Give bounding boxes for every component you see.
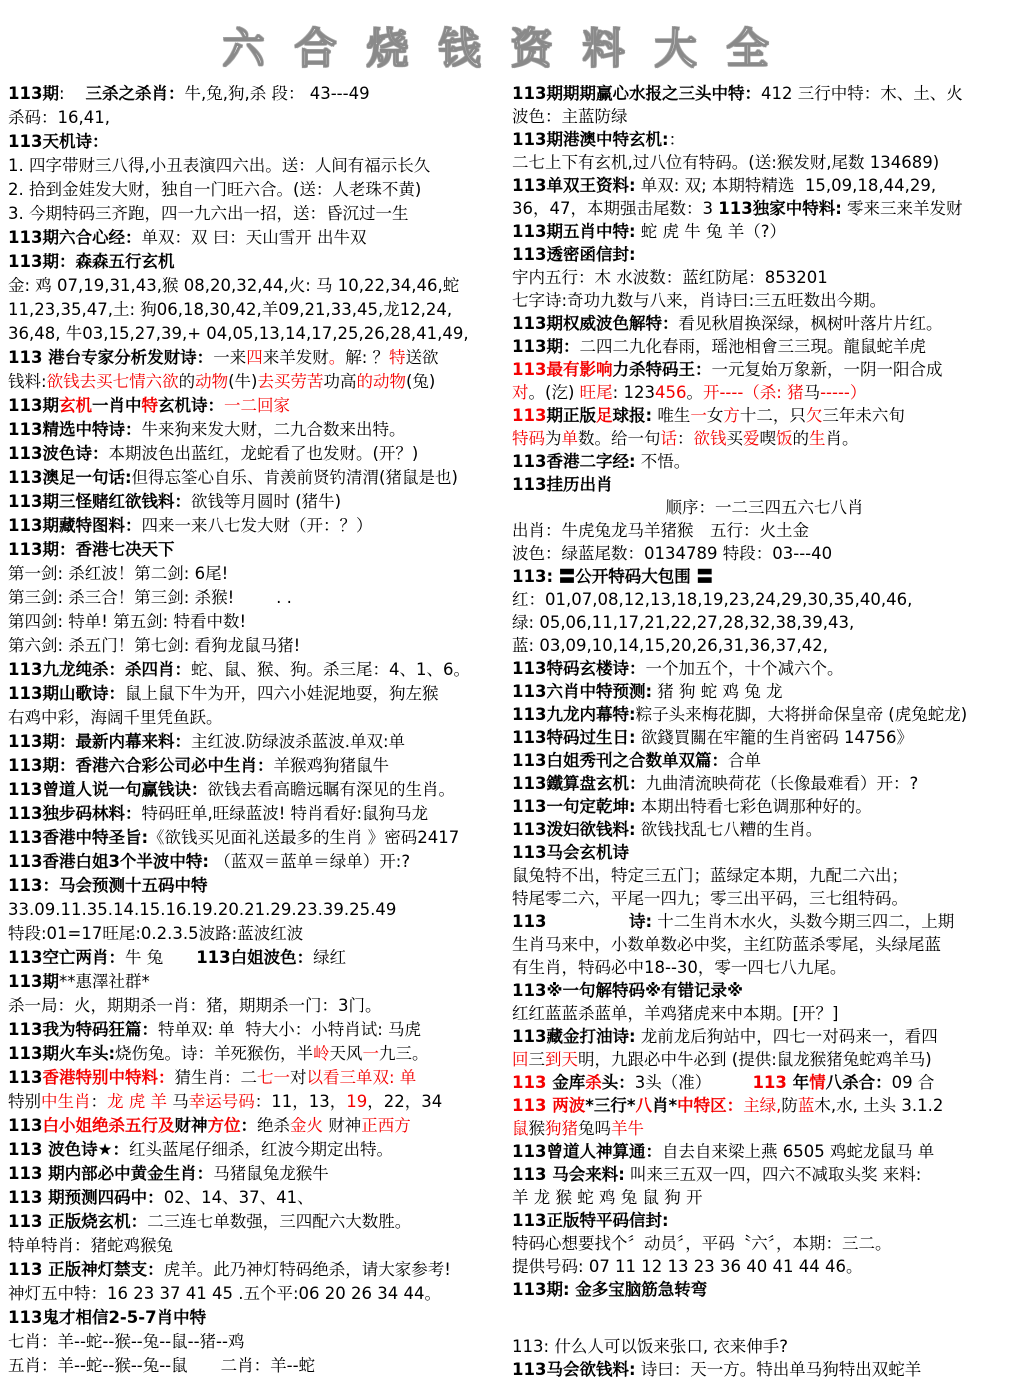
text-span: 生肖马来中，小数单数必中奖，主红防蓝杀零尾，头绿尾蓝	[512, 935, 941, 954]
text-span: 为	[545, 429, 562, 448]
text-span: 防	[781, 1096, 798, 1115]
text-line: 113 正版神灯禁支：虎羊。此乃神灯特码绝杀，请大家参考!	[8, 1258, 508, 1282]
text-line: 113透密函信封:	[512, 243, 1017, 266]
text-span: 头：	[602, 1073, 635, 1092]
text-span: 四	[246, 348, 263, 367]
text-line: 113期六合心经：单双：双 曰：天山雪开 出牛双	[8, 226, 508, 250]
text-line: 神灯五中特：16 23 37 41 45 .五个平:06 20 26 34 44…	[8, 1282, 508, 1306]
text-span: 话	[661, 429, 678, 448]
text-span: 113单双王资料:	[512, 176, 636, 195]
text-span: 113期港澳中特玄机:	[512, 130, 669, 149]
text-span: 女	[707, 406, 724, 425]
text-span: 期正版	[546, 406, 596, 425]
text-span: 方位	[207, 1116, 240, 1135]
text-line: 蓝: 03,09,10,14,15,20,26,31,36,37,42,	[512, 634, 1017, 657]
text-span: 神灯五中特：16 23 37 41 45 .五个平:06 20 26 34 44…	[8, 1284, 441, 1303]
text-span: 《欲钱买见面礼送最多的生肖 》密码2417	[148, 828, 459, 847]
text-span: 单	[562, 429, 579, 448]
text-span: 解: ？	[345, 348, 389, 367]
text-span: 113空亡两肖：	[8, 948, 125, 967]
text-span: 猜生肖：二	[174, 1068, 257, 1087]
text-line: 113白小姐绝杀五行及财神方位：绝杀金火 财神正西方	[8, 1114, 508, 1138]
text-span: 数。给一句	[578, 429, 661, 448]
text-span: 十二生肖木水火，头数今期三四二，上期	[652, 912, 954, 931]
text-span: 33.09.11.35.14.15.16.19.20.21.29.23.39.2…	[8, 900, 396, 919]
text-span: 三	[529, 1050, 546, 1069]
text-span: 特单双: 单 特大小：小特肖试: 马虎	[158, 1020, 421, 1039]
text-span: 猴	[529, 1119, 546, 1138]
text-span: -----）	[820, 383, 866, 402]
text-line: 113正版特平码信封:	[512, 1209, 1017, 1232]
text-span: 钱料:	[8, 372, 47, 391]
text-line: 113空亡两肖：牛 兔 113白姐波色：绿红	[8, 946, 508, 970]
text-span: 特单特肖：猪蛇鸡猴兔	[8, 1236, 173, 1255]
text-span: 四来一来八七发大财（开：？）	[141, 516, 372, 535]
text-span: 动物	[195, 372, 228, 391]
text-span: 提供号码: 07 11 12 13 23 36 40 41 44 46。	[512, 1257, 862, 1276]
text-span: :	[59, 84, 86, 103]
text-span: 456	[655, 383, 687, 402]
text-span: 特	[141, 396, 158, 415]
text-span: 正西方	[361, 1116, 411, 1135]
text-span: 生	[809, 429, 826, 448]
text-span: 羊牛	[611, 1119, 644, 1138]
text-line: 五肖：羊--蛇--猴--兔--鼠 二肖：羊--蛇	[8, 1354, 508, 1378]
text-line: 113期：香港七决天下	[8, 538, 508, 562]
text-span: 宇内五行：木 水波数：蓝红防尾：853201	[512, 268, 828, 287]
text-span: 单双: 双; 本期特精选 15,09,18,44,29,	[636, 176, 937, 195]
text-line: 113期港澳中特玄机:：	[512, 128, 1017, 151]
text-span: 113独家中特料:	[718, 199, 842, 218]
text-span: 412 三行中特：木、土、火	[761, 84, 963, 103]
text-span: 叫来三五双一四，四六不减取头奖 来料:	[625, 1165, 922, 1184]
text-span: 113期：森森五行玄机	[8, 252, 174, 271]
text-span: 2. 拾到金娃发大财，独自一门旺六合。(送：人老珠不黄)	[8, 180, 421, 199]
text-span: 113天机诗：	[8, 132, 108, 151]
text-span: 。(汔)	[529, 383, 580, 402]
text-line: 顺序：一二三四五六七八肖	[512, 496, 1017, 519]
text-span: 02、14、37、41、	[164, 1188, 314, 1207]
text-span: 去买劳苦	[257, 372, 323, 391]
text-span: 113期五肖中特:	[512, 222, 636, 241]
text-span: 来羊发财	[263, 348, 329, 367]
text-span: 的	[793, 429, 810, 448]
text-span: 113: 〓公开特码大包围 〓	[512, 567, 713, 586]
text-line: 113 港台专家分析发财诗：一来四来羊发财。解: ？特送欲	[8, 346, 508, 370]
text-span: 欲钱	[694, 429, 727, 448]
text-span: 欲钱找乱七八糟的生肖。	[636, 820, 823, 839]
text-line: 七字诗:奇功九数与八来，肖诗曰:三五旺数出今期。	[512, 289, 1017, 312]
text-span: 狗猪	[545, 1119, 578, 1138]
text-span: 113期：香港六合彩公司必中生肖：	[8, 756, 273, 775]
text-span: ：	[240, 1116, 257, 1135]
text-line: 113泼妇欲钱料: 欲钱找乱七八糟的生肖。	[512, 818, 1017, 841]
text-span: ：	[669, 130, 686, 149]
text-span: 肖*	[652, 1096, 677, 1115]
text-line: 36,48, 牛03,15,27,39,+ 04,05,13,14,17,25,…	[8, 322, 508, 346]
text-span: 玄机诗：	[158, 396, 224, 415]
text-span: 113澳足一句话:	[8, 468, 132, 487]
text-span: 兔	[578, 1119, 595, 1138]
text-span: 七肖：羊--蛇--猴--兔--鼠--猪--鸡	[8, 1332, 244, 1351]
text-span: 一个加五个，十个减六个。	[645, 659, 843, 678]
text-span: 113挂历出肖	[512, 475, 612, 494]
text-span: 欲钱等月圆时 (猪牛)	[191, 492, 341, 511]
text-span: 113白姐秀刊之合数单双篇：	[512, 751, 728, 770]
text-span: 第三剑: 杀三合！第三剑: 杀猴! . .	[8, 588, 292, 607]
text-span: 蛇、鼠、猴、狗。杀三尾：4、1、6。	[191, 660, 470, 679]
text-line: 113藏金打油诗: 龙前龙后狗站中，四七一对码来一，看四	[512, 1025, 1017, 1048]
text-line: 回三到天明，九跟必中牛必到 (提供:鼠龙猴猪兔蛇鸡羊马)	[512, 1048, 1017, 1071]
text-span: 杀	[585, 1073, 602, 1092]
text-span: 杀码：16,41,	[8, 108, 110, 127]
text-span: 红：01,07,08,12,13,18,19,23,24,29,30,35,40…	[512, 590, 912, 609]
text-span: 3. 今期特码三齐跑，四一九六出一招，送：昏沉过一生	[8, 204, 409, 223]
text-span: 一	[690, 406, 707, 425]
text-span: 113	[512, 1073, 552, 1092]
text-line: 113香港中特圣旨:《欲钱买见面礼送最多的生肖 》密码2417	[8, 826, 508, 850]
text-span: 送欲	[406, 348, 439, 367]
text-span: 回	[512, 1050, 529, 1069]
text-span: 第六剑: 杀五门！第七剑: 看狗龙鼠马猪!	[8, 636, 300, 655]
text-span: 113波色诗：	[8, 444, 108, 463]
text-span: 欲钱去买七情六欲	[47, 372, 179, 391]
text-span: 情	[809, 1073, 826, 1092]
text-line: 113香港特别中特料：猜生肖：二七一对以看三单双: 单	[8, 1066, 508, 1090]
text-span: 八杀合：	[826, 1073, 892, 1092]
text-span: 19	[346, 1092, 367, 1111]
text-span: 113期	[8, 396, 59, 415]
text-line: 113期：二四二九化春雨，瑶池相會三三現。龍鼠蛇羊虎	[512, 335, 1017, 358]
text-line: 113 正版烧玄机：二三连七单数强，三四配六大数胜。	[8, 1210, 508, 1234]
text-span: 马猪鼠兔龙猴牛	[213, 1164, 329, 1183]
text-span: **惠澤社群*	[59, 972, 150, 991]
text-line: 33.09.11.35.14.15.16.19.20.21.29.23.39.2…	[8, 898, 508, 922]
text-span: ：	[91, 1092, 108, 1111]
text-span: 金: 鸡 07,19,31,43,猴 08,20,32,44,火: 马 10,2…	[8, 276, 459, 295]
text-line: 36，47，本期强击尾数：3 113独家中特料: 零来三来羊发财	[512, 197, 1017, 220]
text-line: 113马会玄机诗	[512, 841, 1017, 864]
text-line: 特码心想要找个〞动员〞，平码〝六〞，本期：三二。	[512, 1232, 1017, 1255]
text-span: 八	[635, 1096, 652, 1115]
text-span: 金库	[552, 1073, 585, 1092]
text-line: 113单双王资料: 单双: 双; 本期特精选 15,09,18,44,29,	[512, 174, 1017, 197]
text-line: 第四剑: 特单! 第五剑: 特看中数!	[8, 610, 508, 634]
text-span: 1. 四字带财三八得,小丑表演四六出。送：人间有福示长久	[8, 156, 430, 175]
text-line: 113期: 三杀之杀肖：牛,兔,狗,杀 段： 43---49	[8, 82, 508, 106]
text-line: 提供号码: 07 11 12 13 23 36 40 41 44 46。	[512, 1255, 1017, 1278]
text-span: 鼠上鼠下牛为开，四六小娃泥地耍，狗左猴	[125, 684, 439, 703]
text-line: 113马会欲钱料: 诗曰：天一方。特出单马狗特出双蛇羊	[512, 1358, 1017, 1381]
text-span: 绝杀	[257, 1116, 290, 1135]
text-line: 鼠猴狗猪兔吗羊牛	[512, 1117, 1017, 1140]
text-span: 虎羊。此乃神灯特码绝杀，请大家参考!	[164, 1260, 451, 1279]
text-span: 欲錢買關在牢籠的生肖密码 14756》	[636, 728, 913, 747]
text-line: 红红蓝蓝杀蓝单，羊鸡猪虎来中本期。[开？]	[512, 1002, 1017, 1025]
text-span: 113最有影响	[512, 360, 612, 379]
text-line: 特码为单数。给一句话：欲钱买爱喫饭的生肖。	[512, 427, 1017, 450]
text-span: 欠	[806, 406, 823, 425]
text-span: 出肖：牛虎兔龙马羊猪猴 五行：火土金	[512, 521, 809, 540]
text-line: 二七上下有玄机,过八位有特码。(送:猴发财,尾数 134689)	[512, 151, 1017, 174]
text-span: 特码旺单,旺绿蓝波! 特肖看好:鼠狗马龙	[141, 804, 428, 823]
text-line: 113期：最新内幕来料：主红波.防绿波杀蓝波.单双:单	[8, 730, 508, 754]
text-line: 钱料:欲钱去买七情六欲的动物(牛)去买劳苦功高的动物(兔)	[8, 370, 508, 394]
text-span: 113期：最新内幕来料：	[8, 732, 191, 751]
text-line: 鼠兔特不出，特定三五门；蓝绿定本期，九配二六出；	[512, 864, 1017, 887]
right-column: 113期期期赢心水报之三头中特：412 三行中特：木、土、火波色：主蓝防绿113…	[508, 82, 1017, 1381]
text-span: 但得忘筌心自乐、肯羡前贤钓清渭(猪鼠是也)	[132, 468, 458, 487]
text-span: 十二，只	[740, 406, 806, 425]
text-span: 方	[723, 406, 740, 425]
text-span: 红红蓝蓝杀蓝单，羊鸡猪虎来中本期。[开？]	[512, 1004, 838, 1023]
text-span: 113 正版烧玄机：	[8, 1212, 147, 1231]
text-line: 113※一句解特码※有错记录※	[512, 979, 1017, 1002]
text-line: 第六剑: 杀五门！第七剑: 看狗龙鼠马猪!	[8, 634, 508, 658]
text-span: 马	[804, 383, 821, 402]
text-span: 诗曰：天一方。特出单马狗特出双蛇羊	[636, 1360, 922, 1379]
text-span: 一元复始万象新，一阴一阳合成	[711, 360, 942, 379]
text-span: 113	[512, 1096, 552, 1115]
text-span: 零来三来羊发财	[842, 199, 963, 218]
text-span: 七一	[257, 1068, 290, 1087]
text-span: 113泼妇欲钱料:	[512, 820, 636, 839]
text-span: 三杀之杀肖：	[86, 84, 185, 103]
text-span: 第一剑: 杀红波！第二剑: 6尾!	[8, 564, 228, 583]
text-span: 113香港白姐3个半波中特:	[8, 852, 209, 871]
text-span: 中	[677, 1096, 694, 1115]
text-span: 以看三单双: 单	[306, 1068, 416, 1087]
text-span: 三年未六旬	[822, 406, 905, 425]
text-span: 113期三怪赌红欲钱料：	[8, 492, 191, 511]
text-span: 牛来狗来发大财，二九合数来出特。	[141, 420, 405, 439]
text-span: 绿: 05,06,11,17,21,22,27,28,32,38,39,43,	[512, 613, 854, 632]
text-span: 二七上下有玄机,过八位有特码。(送:猴发财,尾数 134689)	[512, 153, 939, 172]
text-line: 113香港白姐3个半波中特: （蓝双＝蓝单＝绿单）开:?	[8, 850, 508, 874]
text-span: 113一句定乾坤:	[512, 797, 636, 816]
text-span: 113透密函信封:	[512, 245, 636, 264]
text-span: 二三连七单数强，三四配六大数胜。	[147, 1212, 411, 1231]
text-line: 113精选中特诗：牛来狗来发大财，二九合数来出特。	[8, 418, 508, 442]
text-line: 波色：主蓝防绿	[512, 105, 1017, 128]
text-span: 马	[167, 1092, 189, 1111]
text-span: 功高	[323, 372, 356, 391]
text-span: 113 波色诗★：	[8, 1140, 129, 1159]
text-span: 一来	[213, 348, 246, 367]
text-line: 生肖马来中，小数单数必中奖，主红防蓝杀零尾，头绿尾蓝	[512, 933, 1017, 956]
text-span: 羊猴鸡狗猪鼠牛	[273, 756, 389, 775]
text-span: 到天	[545, 1050, 578, 1069]
text-line: 宇内五行：木 水波数：蓝红防尾：853201	[512, 266, 1017, 289]
text-line: 113曾道人说一句赢钱诀：欲钱去看高瞻远瞩有深见的生肖。	[8, 778, 508, 802]
text-line: 113期权威波色解特：看见秋眉换深绿，枫树叶落片片红。	[512, 312, 1017, 335]
text-line: 113波色诗：本期波色出蓝红，龙蛇看了也发财。(开？)	[8, 442, 508, 466]
text-span: 旺尾	[580, 383, 613, 402]
text-line: 113期三怪赌红欲钱料：欲钱等月圆时 (猪牛)	[8, 490, 508, 514]
text-span: 113 港台专家分析发财诗：	[8, 348, 213, 367]
text-span: 36,48, 牛03,15,27,39,+ 04,05,13,14,17,25,…	[8, 324, 469, 343]
left-column: 113期: 三杀之杀肖：牛,兔,狗,杀 段： 43---49杀码：16,41,1…	[8, 82, 508, 1381]
text-span: 自去自来梁上燕 6505 鸡蛇龙鼠马 单	[662, 1142, 934, 1161]
text-line: 113 两波*三行*八肖*中特区：主绿,防蓝木,水, 土头 3.1.2	[512, 1094, 1017, 1117]
text-span: 113期六合心经：	[8, 228, 141, 247]
text-span: 113：马会预测十五码中特	[8, 876, 207, 895]
text-line: 113特码过生日: 欲錢買關在牢籠的生肖密码 14756》	[512, 726, 1017, 749]
text-line: 1. 四字带财三八得,小丑表演四六出。送：人间有福示长久	[8, 154, 508, 178]
text-span: 本期波色出蓝红，龙蛇看了也发财。(开？)	[108, 444, 418, 463]
text-line: 113期：香港六合彩公司必中生肖：羊猴鸡狗猪鼠牛	[8, 754, 508, 778]
text-span: 特尾零二六，平尾一四九；零三出平码，三七组特码。	[512, 889, 908, 908]
text-line: 有生肖，特码必中18--30，零一四七八九尾。	[512, 956, 1017, 979]
text-line: 第一剑: 杀红波！第二剑: 6尾!	[8, 562, 508, 586]
text-span: : 123	[613, 383, 655, 402]
text-span: 113曾道人说一句赢钱诀：	[8, 780, 207, 799]
text-span: 天风	[330, 1044, 363, 1063]
text-line: 113独步码林料：特码旺单,旺绿蓝波! 特肖看好:鼠狗马龙	[8, 802, 508, 826]
text-line: 113 期内部必中黄金生肖：马猪鼠兔龙猴牛	[8, 1162, 508, 1186]
text-span: 特别	[8, 1092, 41, 1111]
text-span: 113特码玄楼诗：	[512, 659, 645, 678]
text-span: 单双：双 曰：天山雪开 出牛双	[141, 228, 366, 247]
text-line: 113期玄机一肖中特玄机诗：一二回家	[8, 394, 508, 418]
text-span: 113期：	[512, 337, 579, 356]
text-span: 唯生	[652, 406, 690, 425]
text-span: 113	[8, 1116, 42, 1135]
text-span: 绿红	[313, 948, 346, 967]
text-span: 113 诗:	[512, 912, 652, 931]
text-span: 113期	[8, 84, 59, 103]
text-line: 113期: 金多宝脑筋急转弯	[512, 1278, 1017, 1301]
text-span: 买	[727, 429, 744, 448]
text-span: 爱	[743, 429, 760, 448]
text-span: 113期: 金多宝脑筋急转弯	[512, 1280, 707, 1299]
text-span: 113期山歌诗：	[8, 684, 125, 703]
text-line: 113挂历出肖	[512, 473, 1017, 496]
text-line: 113白姐秀刊之合数单双篇：合单	[512, 749, 1017, 772]
text-span: 岭	[313, 1044, 330, 1063]
text-line: 113一句定乾坤: 本期出特看七彩色调那种好的。	[512, 795, 1017, 818]
text-span: 113期	[8, 972, 59, 991]
text-line: 113期五肖中特: 蛇 虎 牛 兔 羊（?）	[512, 220, 1017, 243]
text-line: 特单特肖：猪蛇鸡猴兔	[8, 1234, 508, 1258]
text-span: 一肖中	[92, 396, 142, 415]
text-span: 113正版特平码信封:	[512, 1211, 669, 1230]
text-span: 113精选中特诗：	[8, 420, 141, 439]
text-span: 113	[512, 406, 546, 425]
text-span: 鼠兔特不出，特定三五门；蓝绿定本期，九配二六出；	[512, 866, 908, 885]
text-span: 09 合	[892, 1073, 935, 1092]
text-span: 财神	[174, 1116, 207, 1135]
text-span: 肖。	[826, 429, 859, 448]
text-span: 113独步码林料：	[8, 804, 141, 823]
text-span: 杀一局：火，期期杀一肖：猪，期期杀一门：3门。	[8, 996, 382, 1015]
text-line: 113: 什么人可以饭来张口, 衣来伸手?	[512, 1335, 1017, 1358]
text-span: 波色：绿蓝尾数：0134789 特段：03---40	[512, 544, 832, 563]
text-span: 本期出特看七彩色调那种好的。	[636, 797, 872, 816]
text-span: 吗	[595, 1119, 612, 1138]
text-span: 年	[793, 1073, 810, 1092]
text-span: 特区：	[694, 1096, 744, 1115]
text-span: 对	[290, 1068, 307, 1087]
text-span: 113期火车头:	[8, 1044, 115, 1063]
text-line: 11,23,35,47,土: 狗06,18,30,42,羊09,21,33,45…	[8, 298, 508, 322]
text-span	[703, 1073, 753, 1092]
text-span: 中生肖	[41, 1092, 91, 1111]
text-span: 牛,兔,狗,杀 段： 43---49	[185, 84, 370, 103]
text-line: 特尾零二六，平尾一四九；零三出平码，三七组特码。	[512, 887, 1017, 910]
text-span: 113※一句解特码※有错记录※	[512, 981, 743, 1000]
text-span: 玄机	[59, 396, 92, 415]
text-line: 3. 今期特码三齐跑，四一九六出一招，送：昏沉过一生	[8, 202, 508, 226]
text-line: 杀码：16,41,	[8, 106, 508, 130]
text-line: 113期**惠澤社群*	[8, 970, 508, 994]
text-span: 113九龙纯杀：杀四肖：	[8, 660, 191, 679]
text-line: 113：马会预测十五码中特	[8, 874, 508, 898]
text-span: 红头蓝尾仔细杀，红波今期定出特。	[129, 1140, 393, 1159]
text-span: 113藏金打油诗:	[512, 1027, 636, 1046]
text-span	[163, 948, 196, 967]
text-span: 猪 狗 蛇 鸡 兔 龙	[652, 682, 782, 701]
text-span: 木,水, 土头 3.1.2	[814, 1096, 943, 1115]
text-line: 113曾道人神算通：自去自来梁上燕 6505 鸡蛇龙鼠马 单	[512, 1140, 1017, 1163]
text-span: ：11，13，	[255, 1092, 347, 1111]
text-span: 113香港中特圣旨:	[8, 828, 148, 847]
text-span: 第四剑: 特单! 第五剑: 特看中数!	[8, 612, 246, 631]
text-line: 113期火车头:烧伤兔。诗：羊死猴伤，半岭天风一九三。	[8, 1042, 508, 1066]
text-line: 杀一局：火，期期杀一肖：猪，期期杀一门：3门。	[8, 994, 508, 1018]
text-span: 幸运号码	[189, 1092, 255, 1111]
text-span: 特码心想要找个〞动员〞，平码〝六〞，本期：三二。	[512, 1234, 892, 1253]
text-span: 羊 龙 猴 蛇 鸡 兔 鼠 狗 开	[512, 1188, 702, 1207]
text-span: 五肖：羊--蛇--猴--兔--鼠 二肖：羊--蛇	[8, 1356, 315, 1375]
text-span: 右鸡中彩，海阔千里凭鱼跃。	[8, 708, 223, 727]
text-line: 对。(汔) 旺尾: 123456。开----（杀: 猪马-----）	[512, 381, 1017, 404]
text-span: 。	[329, 348, 346, 367]
text-span: 。	[686, 383, 703, 402]
text-line: 113九龙内幕特:粽子头来梅花脚，大将拼命保皇帝 (虎兔蛇龙)	[512, 703, 1017, 726]
text-line: 113期：森森五行玄机	[8, 250, 508, 274]
text-span: (牛)	[228, 372, 257, 391]
text-line: 113香港二字经: 不悟。	[512, 450, 1017, 473]
text-line: 113我为特码狂篇：特单双: 单 特大小：小特肖试: 马虎	[8, 1018, 508, 1042]
text-span: 烧伤兔。诗：羊死猴伤，半	[115, 1044, 313, 1063]
text-line: 2. 拾到金娃发大财，独自一门旺六合。(送：人老珠不黄)	[8, 178, 508, 202]
text-span: 113期期期赢心水报之三头中特：	[512, 84, 761, 103]
text-span: 113马会欲钱料:	[512, 1360, 636, 1379]
text-span: 特码	[512, 429, 545, 448]
text-span: ，22，34	[367, 1092, 442, 1111]
text-span: 113特码过生日:	[512, 728, 636, 747]
text-line: 右鸡中彩，海阔千里凭鱼跃。	[8, 706, 508, 730]
text-line: 113鐵算盘玄机：九曲清流映荷花（长像最难看）开：?	[512, 772, 1017, 795]
text-span: 金火	[290, 1116, 323, 1135]
text-span: 113白姐波色：	[196, 948, 313, 967]
text-span: 有生肖，特码必中18--30，零一四七八九尾。	[512, 958, 846, 977]
text-span: 香港特别中特料：	[42, 1068, 174, 1087]
text-span: 113我为特码狂篇：	[8, 1020, 158, 1039]
text-span: 二四二九化春雨，瑶池相會三三現。龍鼠蛇羊虎	[579, 337, 926, 356]
text-span: 113六肖中特预测:	[512, 682, 652, 701]
text-span: 特段:01=17旺尾:0.2.3.5波路:蓝波红波	[8, 924, 303, 943]
text-span: 113 期内部必中黄金生肖：	[8, 1164, 213, 1183]
text-span: 113期：香港七决天下	[8, 540, 174, 559]
text-span: 不悟。	[636, 452, 691, 471]
text-span: 七字诗:奇功九数与八来，肖诗曰:三五旺数出今期。	[512, 291, 886, 310]
text-span: 蓝: 03,09,10,14,15,20,26,31,36,37,42,	[512, 636, 828, 655]
text-span: 两波	[552, 1096, 585, 1115]
text-line: 113期山歌诗：鼠上鼠下牛为开，四六小娃泥地耍，狗左猴	[8, 682, 508, 706]
text-span: 力杀特码王：	[612, 360, 711, 379]
